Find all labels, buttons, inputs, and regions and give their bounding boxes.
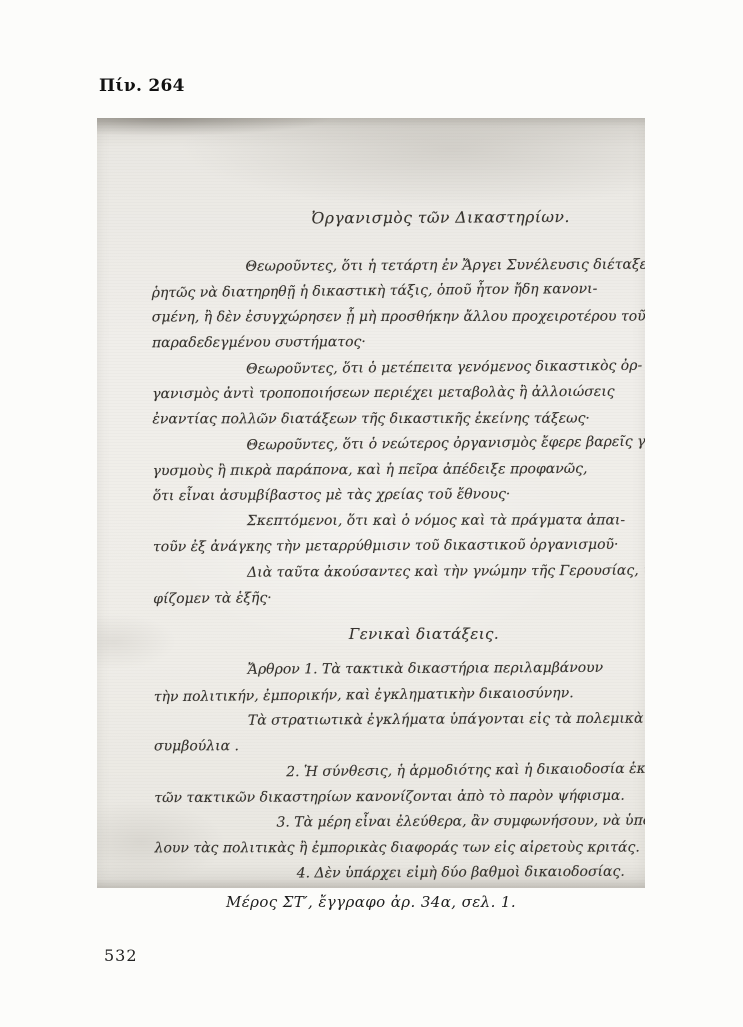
- manuscript-line: Τὰ στρατιωτικὰ ἐγκλήματα ὑπάγονται εἰς τ…: [248, 707, 623, 734]
- manuscript-line: Θεωροῦντες, ὅτι ὁ μετέπειτα γενόμενος δι…: [246, 353, 621, 382]
- manuscript-line: 4. Δὲν ὑπάρχει εἰμὴ δύο βαθμοὶ δικαιοδοσ…: [297, 860, 624, 887]
- manuscript-section-heading: Γενικαὶ διατάξεις.: [147, 621, 622, 647]
- manuscript-line: Σκεπτόμενοι, ὅτι καὶ ὁ νόμος καὶ τὰ πράγ…: [247, 508, 622, 534]
- manuscript-line: Ἄρθρον 1. Τὰ τακτικὰ δικαστήρια περιλαμβ…: [248, 656, 623, 683]
- page-number: 532: [104, 946, 138, 965]
- manuscript-line: Θεωροῦντες, ὅτι ἡ τετάρτη ἐν Ἄργει Συνέλ…: [245, 252, 620, 279]
- manuscript-title: Ὀργανισμὸς τῶν Δικαστηρίων.: [145, 205, 620, 233]
- manuscript-line: παραδεδεγμένου συστήματος·: [152, 329, 621, 357]
- manuscript-line: τοῦν ἐξ ἀνάγκης τὴν μεταρρύθμισιν τοῦ δι…: [153, 533, 622, 561]
- manuscript-photo: Ὀργανισμὸς τῶν Δικαστηρίων.Θεωροῦντες, ὅ…: [97, 118, 645, 888]
- ink-flourish-mark: ✻: [641, 592, 645, 620]
- manuscript-line: σμένη, ἢ δὲν ἐσυγχώρησεν ᾗ μὴ προσθήκην …: [152, 304, 621, 330]
- manuscript-line: ἐναντίας πολλῶν διατάξεων τῆς δικαστικῆς…: [152, 406, 621, 432]
- manuscript-body: Ὀργανισμὸς τῶν Δικαστηρίων.Θεωροῦντες, ὅ…: [145, 205, 624, 888]
- manuscript-line: τῶν τακτικῶν δικαστηρίων κανονίζονται ἀπ…: [154, 783, 623, 811]
- plate-label: Πίν. 264: [99, 76, 185, 96]
- manuscript-line: γυσμοὺς ἢ πικρὰ παράπονα, καὶ ἡ πεῖρα ἀπ…: [153, 456, 622, 484]
- manuscript-line: τὴν πολιτικήν, ἐμπορικήν, καὶ ἐγκληματικ…: [154, 680, 623, 710]
- manuscript-line: γανισμὸς ἀντὶ τροποποιήσεων περιέχει μετ…: [152, 380, 621, 408]
- manuscript-line: 2. Ἡ σύνθεσις, ἡ ἁρμοδιότης καὶ ἡ δικαιο…: [286, 757, 623, 786]
- manuscript-line: ῥητῶς νὰ διατηρηθῇ ἡ δικαστικὴ τάξις, ὁπ…: [152, 277, 621, 307]
- manuscript-line: Διὰ ταῦτα ἀκούσαντες καὶ τὴν γνώμην τῆς …: [247, 558, 622, 585]
- manuscript-line: ὅτι εἶναι ἀσυμβίβαστος μὲ τὰς χρείας τοῦ…: [153, 482, 622, 510]
- manuscript-line: φίζομεν τὰ ἑξῆς·✻: [153, 583, 622, 613]
- manuscript-line: 3. Τὰ μέρη εἶναι ἐλεύθερα, ἂν συμφωνήσου…: [276, 809, 623, 836]
- manuscript-line: λουν τὰς πολιτικὰς ἢ ἐμπορικὰς διαφοράς …: [155, 835, 624, 861]
- manuscript-line: συμβούλια .: [154, 733, 623, 759]
- figure-caption: Μέρος ΣΤ′, ἔγγραφο ἀρ. 34α, σελ. 1.: [97, 893, 645, 911]
- manuscript-line: Θεωροῦντες, ὅτι ὁ νεώτερος ὀργανισμὸς ἔφ…: [246, 430, 621, 459]
